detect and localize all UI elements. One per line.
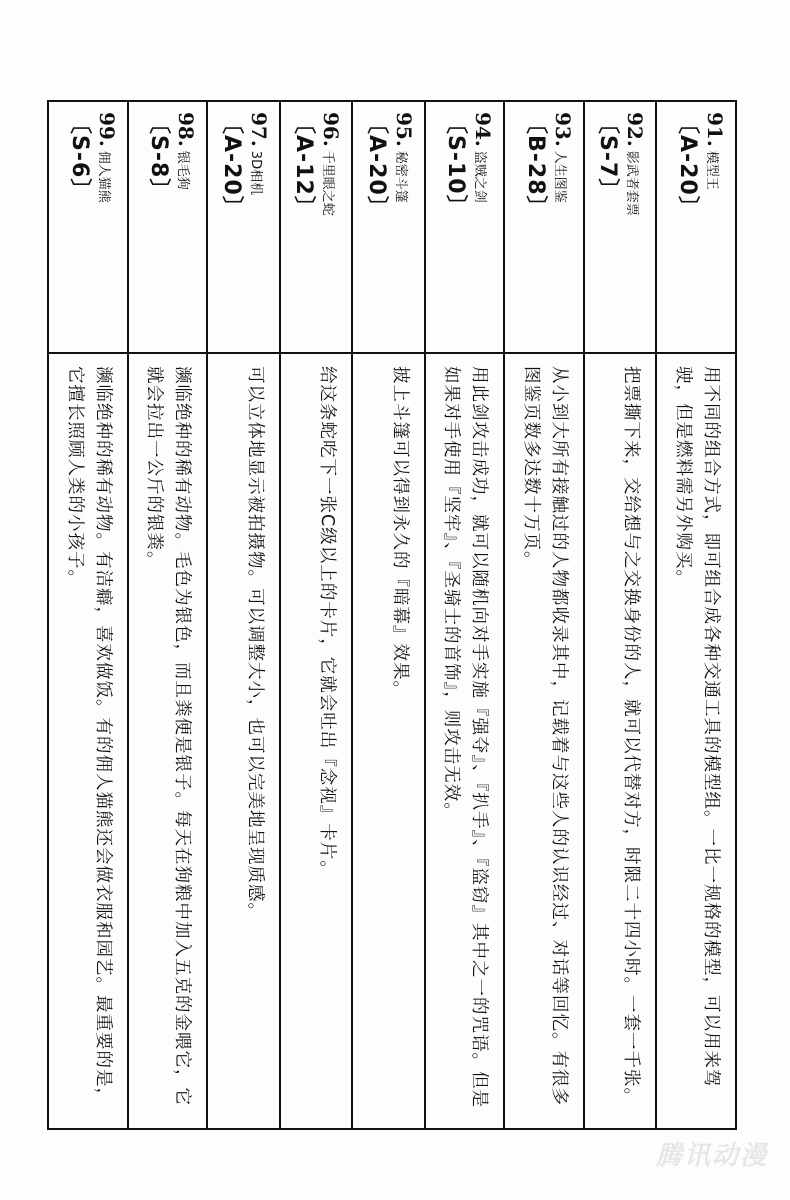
card-description: 用此剑攻击成功，就可以随机向对手实施『强夺』、『扒手』、『盗窃』其中之一的咒语。… xyxy=(425,353,505,1129)
card-name-cell: 96.千里眼之蛇 〔A-12〕 xyxy=(280,101,352,353)
card-name-cell: 98.银毛狗 〔S-8〕 xyxy=(128,101,208,353)
table-row: 94.盗贼之剑 〔S-10〕 用此剑攻击成功，就可以随机向对手实施『强夺』、『扒… xyxy=(425,101,505,1129)
table-row: 99.佣人猫熊 〔S-6〕 濒临绝种的稀有动物。有洁癖，喜欢做饭。有的佣人猫熊还… xyxy=(48,101,128,1129)
scanned-page: 91.模型王 〔A-20〕 用不同的组合方式，即可组合成各种交通工具的模型组。一… xyxy=(0,0,790,1200)
card-description: 把票撕下来，交给想与之交换身份的人，就可以代替对方，时限二十四小时。一套一千张。 xyxy=(584,353,656,1129)
card-code: 〔S-8〕 xyxy=(145,112,176,342)
card-description: 可以立体地显示被拍摄物。可以调整大小，也可以完美地呈现质感。 xyxy=(207,353,279,1129)
card-description: 从小到大所有接触过的人物都收录其中，记载着与这些人的认识经过、对话等回忆。有很多… xyxy=(504,353,584,1129)
card-description: 濒临绝种的稀有动物。有洁癖，喜欢做饭。有的佣人猫熊还会做衣服和园艺。最重要的是，… xyxy=(48,353,128,1129)
card-name: 佣人猫熊 xyxy=(96,151,115,203)
card-code: 〔S-7〕 xyxy=(594,112,625,342)
card-code: 〔S-6〕 xyxy=(66,112,97,342)
card-number: 96. xyxy=(319,112,343,147)
card-description: 濒临绝种的稀有动物。毛色为银色，而且粪便是银子。每天在狗粮中加入五克的金喂它，它… xyxy=(128,353,208,1129)
table-row: 98.银毛狗 〔S-8〕 濒临绝种的稀有动物。毛色为银色，而且粪便是银子。每天在… xyxy=(128,101,208,1129)
card-number: 93. xyxy=(551,112,575,147)
card-description: 给这条蛇吃下一张C级以上的卡片，它就会吐出『念视』卡片。 xyxy=(280,353,352,1129)
card-name-cell: 92.影武者套票 〔S-7〕 xyxy=(584,101,656,353)
card-name: 3D相机 xyxy=(248,151,267,195)
card-number: 94. xyxy=(471,112,495,147)
card-description: 披上斗篷可以得到永久的『暗幕』效果。 xyxy=(352,353,424,1129)
table-row: 97.3D相机 〔A-20〕 可以立体地显示被拍摄物。可以调整大小，也可以完美地… xyxy=(207,101,279,1129)
card-name-cell: 91.模型王 〔A-20〕 xyxy=(656,101,736,353)
card-table: 91.模型王 〔A-20〕 用不同的组合方式，即可组合成各种交通工具的模型组。一… xyxy=(47,100,737,1130)
card-number: 95. xyxy=(392,112,416,147)
card-number: 91. xyxy=(703,112,727,147)
table-row: 96.千里眼之蛇 〔A-12〕 给这条蛇吃下一张C级以上的卡片，它就会吐出『念视… xyxy=(280,101,352,1129)
card-name-cell: 99.佣人猫熊 〔S-6〕 xyxy=(48,101,128,353)
card-name: 模型王 xyxy=(704,151,723,190)
card-code: 〔A-20〕 xyxy=(218,112,249,342)
card-table-rotated: 91.模型王 〔A-20〕 用不同的组合方式，即可组合成各种交通工具的模型组。一… xyxy=(47,100,737,1130)
table-row: 92.影武者套票 〔S-7〕 把票撕下来，交给想与之交换身份的人，就可以代替对方… xyxy=(584,101,656,1129)
card-name: 秘密斗篷 xyxy=(393,151,412,203)
card-name: 银毛狗 xyxy=(175,151,194,190)
card-code: 〔S-10〕 xyxy=(442,112,473,342)
card-number: 98. xyxy=(174,112,198,147)
card-name: 人生图鉴 xyxy=(552,151,571,203)
card-name-cell: 94.盗贼之剑 〔S-10〕 xyxy=(425,101,505,353)
card-name-cell: 95.秘密斗篷 〔A-20〕 xyxy=(352,101,424,353)
card-name: 影武者套票 xyxy=(624,151,643,216)
table-row: 93.人生图鉴 〔B-28〕 从小到大所有接触过的人物都收录其中，记载着与这些人… xyxy=(504,101,584,1129)
card-code: 〔A-20〕 xyxy=(674,112,705,342)
card-number: 97. xyxy=(247,112,271,147)
card-code: 〔A-20〕 xyxy=(363,112,394,342)
card-name-cell: 97.3D相机 〔A-20〕 xyxy=(207,101,279,353)
card-name-cell: 93.人生图鉴 〔B-28〕 xyxy=(504,101,584,353)
table-row: 95.秘密斗篷 〔A-20〕 披上斗篷可以得到永久的『暗幕』效果。 xyxy=(352,101,424,1129)
card-description: 用不同的组合方式，即可组合成各种交通工具的模型组。一比一规格的模型，可以用来驾驶… xyxy=(656,353,736,1129)
card-number: 92. xyxy=(623,112,647,147)
card-code: 〔A-12〕 xyxy=(290,112,321,342)
card-name: 千里眼之蛇 xyxy=(320,151,339,216)
card-code: 〔B-28〕 xyxy=(522,112,553,342)
card-name: 盗贼之剑 xyxy=(472,151,491,203)
watermark-logo: 腾讯动漫 xyxy=(656,1135,768,1172)
card-number: 99. xyxy=(95,112,119,147)
table-row: 91.模型王 〔A-20〕 用不同的组合方式，即可组合成各种交通工具的模型组。一… xyxy=(656,101,736,1129)
